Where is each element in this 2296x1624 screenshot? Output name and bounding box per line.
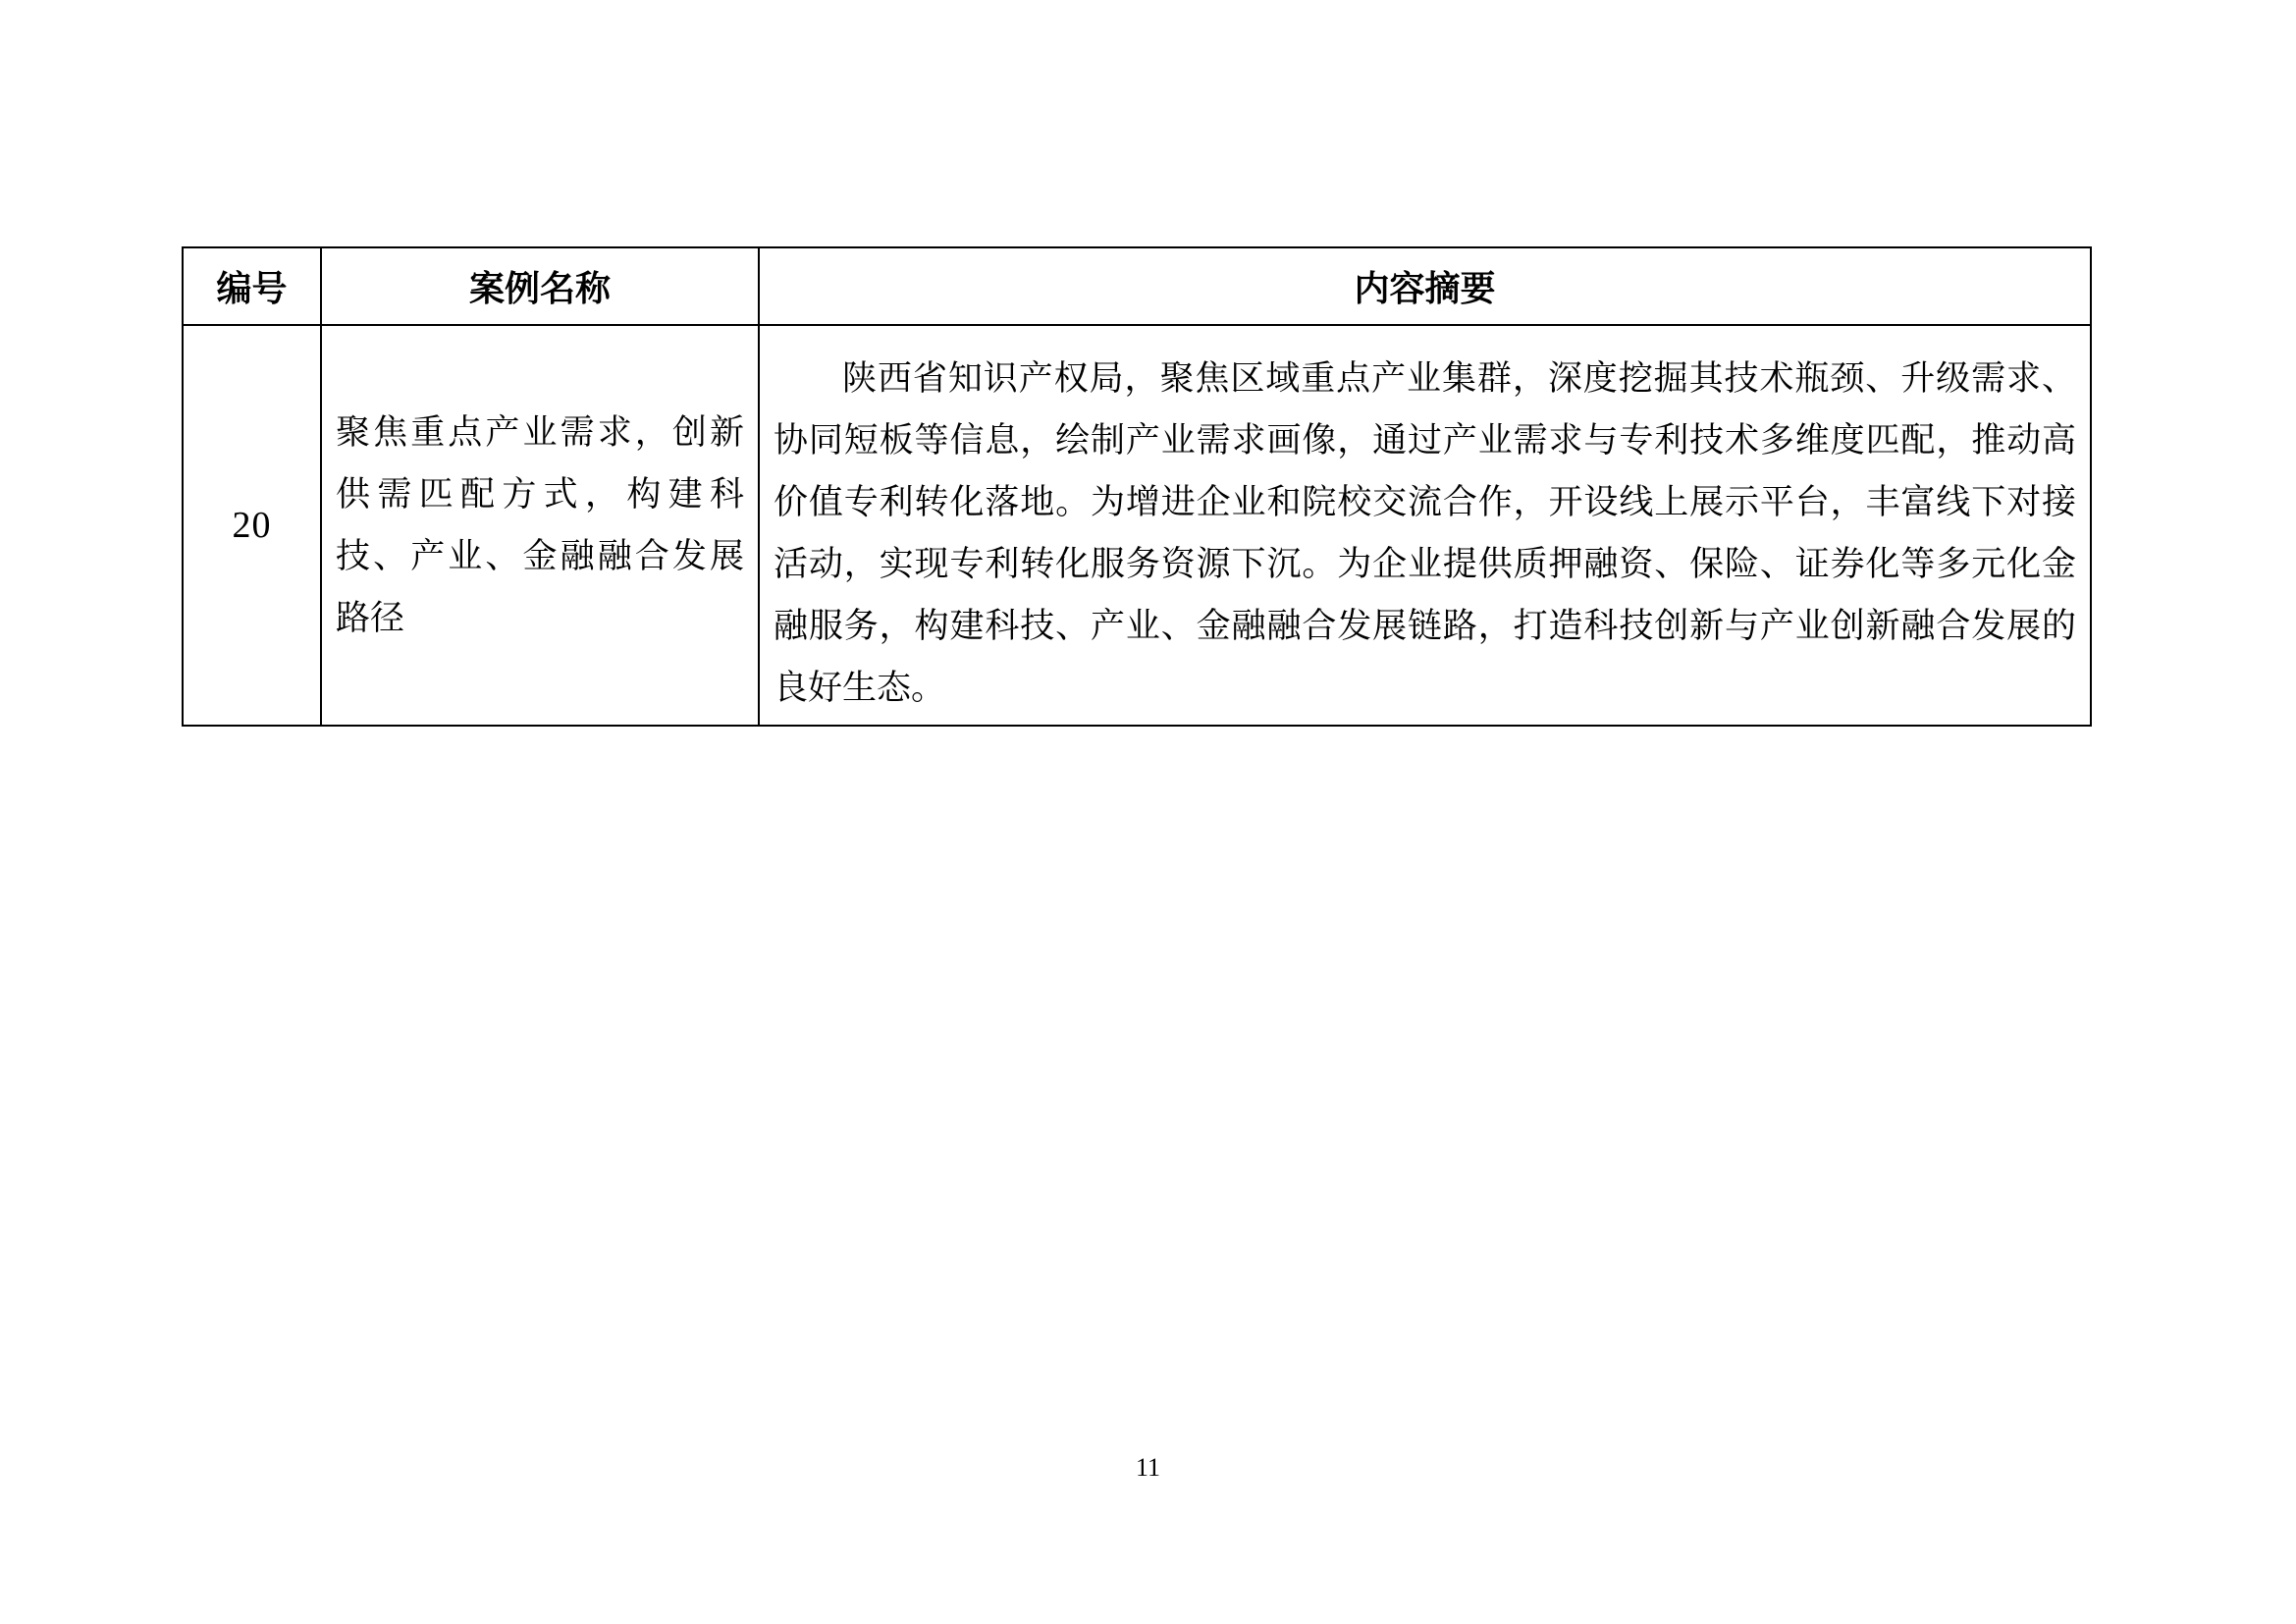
page-number: 11 (0, 1453, 2296, 1483)
table-row: 20 聚焦重点产业需求，创新供需匹配方式，构建科技、产业、金融融合发展路径 陕西… (183, 325, 2091, 726)
case-summary-text: 陕西省知识产权局，聚焦区域重点产业集群，深度挖掘其技术瓶颈、升级需求、协同短板等… (774, 348, 2076, 719)
case-name-text: 聚焦重点产业需求，创新供需匹配方式，构建科技、产业、金融融合发展路径 (336, 402, 744, 649)
document-page: { "page": { "number": "11" }, "table": {… (0, 0, 2296, 1624)
header-cell-summary: 内容摘要 (759, 247, 2091, 325)
case-summary-cell: 陕西省知识产权局，聚焦区域重点产业集群，深度挖掘其技术瓶颈、升级需求、协同短板等… (759, 325, 2091, 726)
table-header-row: 编号 案例名称 内容摘要 (183, 247, 2091, 325)
header-cell-case-name: 案例名称 (321, 247, 759, 325)
case-name-cell: 聚焦重点产业需求，创新供需匹配方式，构建科技、产业、金融融合发展路径 (321, 325, 759, 726)
header-cell-number: 编号 (183, 247, 321, 325)
case-table: 编号 案例名称 内容摘要 20 聚焦重点产业需求，创新供需匹配方式，构建科技、产… (182, 246, 2092, 727)
case-number-cell: 20 (183, 325, 321, 726)
